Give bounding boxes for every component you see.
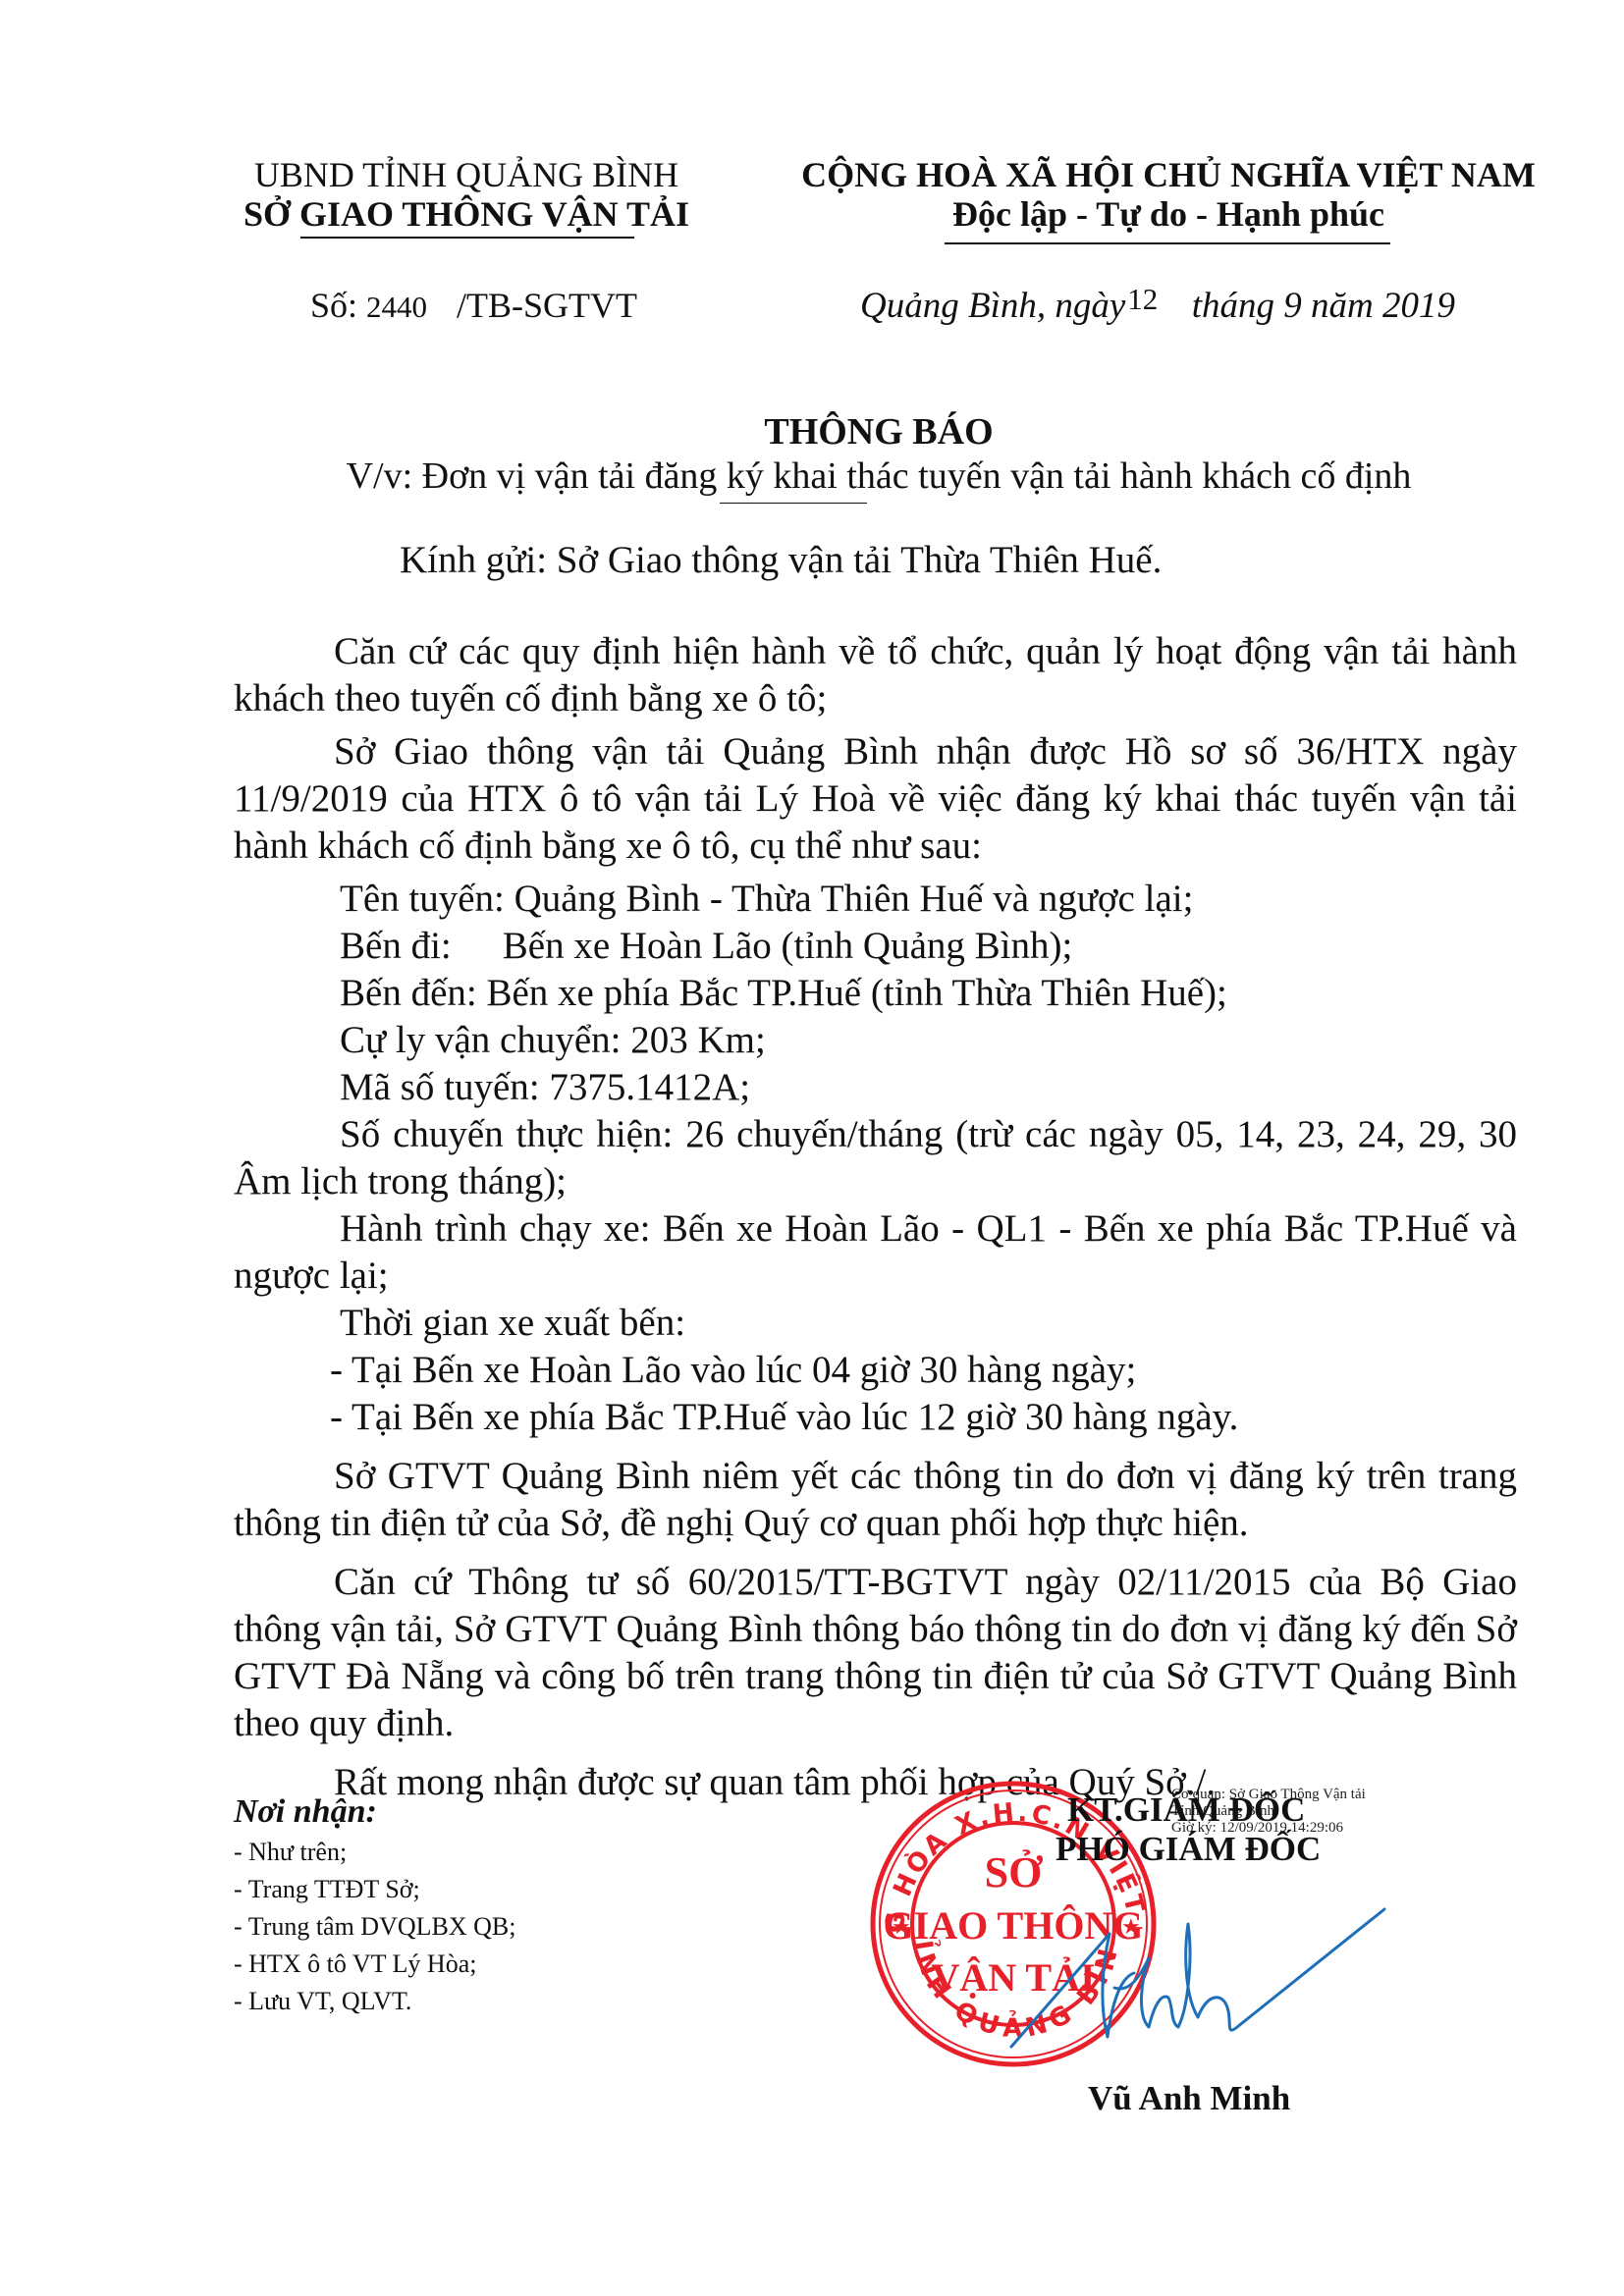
departure-station-value: Bến xe Hoàn Lão (tỉnh Quảng Bình); <box>503 925 1073 967</box>
issuer-parent-org: UBND TỈNH QUẢNG BÌNH <box>226 155 707 194</box>
route-details: Tên tuyến: Quảng Bình - Thừa Thiên Huế v… <box>234 876 1517 1441</box>
recipient-item: - Trung tâm DVQLBX QB; <box>234 1908 515 1946</box>
subject-text: V/v: Đơn vị vận tải đăng ký khai thác tu… <box>347 455 1412 497</box>
handwritten-signature-icon <box>992 1899 1404 2056</box>
signer-name: Vũ Anh Minh <box>1088 2079 1290 2118</box>
recipients-title: Nơi nhận: <box>234 1792 515 1832</box>
subject-underline <box>720 503 867 504</box>
body-paragraph-1: Căn cứ các quy định hiện hành về tổ chức… <box>234 628 1517 722</box>
recipient-item: - Như trên; <box>234 1834 515 1871</box>
date-day: 12 <box>1127 282 1158 316</box>
national-motto-block: CỘNG HOÀ XÃ HỘI CHỦ NGHĨA VIỆT NAM Độc l… <box>751 155 1586 234</box>
document-body: Căn cứ các quy định hiện hành về tổ chức… <box>234 628 1517 1806</box>
issuer-underline <box>300 237 634 239</box>
national-motto: Độc lập - Tự do - Hạnh phúc <box>751 194 1586 234</box>
svg-text:SỞ: SỞ <box>985 1848 1043 1896</box>
departure-time-hoan-lao: - Tại Bến xe Hoàn Lão vào lúc 04 giờ 30 … <box>234 1347 1517 1394</box>
issuer-org: SỞ GIAO THÔNG VẬN TẢI <box>226 194 707 234</box>
document-subject: V/v: Đơn vị vận tải đăng ký khai thác tu… <box>0 454 1624 498</box>
motto-underline <box>945 242 1390 244</box>
addressee: Kính gửi: Sở Giao thông vận tải Thừa Thi… <box>400 538 1162 582</box>
document-number-suffix: /TB-SGTVT <box>457 286 637 325</box>
place-date-prefix: Quảng Bình, ngày <box>860 286 1125 326</box>
date-month-year: tháng 9 năm 2019 <box>1192 286 1455 326</box>
arrival-station: Bến đến: Bến xe phía Bắc TP.Huế (tỉnh Th… <box>234 970 1517 1017</box>
itinerary: Hành trình chạy xe: Bến xe Hoàn Lão - QL… <box>234 1205 1517 1300</box>
national-title: CỘNG HOÀ XÃ HỘI CHỦ NGHĨA VIỆT NAM <box>751 155 1586 194</box>
document-number-prefix: Số: <box>310 286 357 325</box>
route-distance: Cự ly vận chuyển: 203 Km; <box>234 1017 1517 1064</box>
issuer-block: UBND TỈNH QUẢNG BÌNH SỞ GIAO THÔNG VẬN T… <box>226 155 707 234</box>
document-title: THÔNG BÁO <box>0 410 1624 454</box>
departure-time-hue: - Tại Bến xe phía Bắc TP.Huế vào lúc 12 … <box>234 1394 1517 1441</box>
departure-times-label: Thời gian xe xuất bến: <box>234 1300 1517 1347</box>
recipient-item: - Trang TTĐT Sở; <box>234 1871 515 1908</box>
signer-on-behalf: KT.GIÁM ĐỐC <box>1067 1790 1305 1830</box>
body-paragraph-3: Sở GTVT Quảng Bình niêm yết các thông ti… <box>234 1453 1517 1547</box>
recipients-block: Nơi nhận: - Như trên; - Trang TTĐT Sở; -… <box>234 1792 515 2020</box>
route-code: Mã số tuyến: 7375.1412A; <box>234 1064 1517 1111</box>
document-number-value: 2440 <box>366 290 427 324</box>
departure-station-label: Bến đi: <box>340 925 452 967</box>
arrival-station-label: Bến đến: <box>340 972 477 1014</box>
body-paragraph-2: Sở Giao thông vận tải Quảng Bình nhận đư… <box>234 728 1517 870</box>
departure-station: Bến đi:Bến xe Hoàn Lão (tỉnh Quảng Bình)… <box>234 923 1517 970</box>
recipient-item: - HTX ô tô VT Lý Hòa; <box>234 1946 515 1983</box>
body-paragraph-4: Căn cứ Thông tư số 60/2015/TT-BGTVT ngày… <box>234 1559 1517 1747</box>
recipient-item: - Lưu VT, QLVT. <box>234 1983 515 2020</box>
trip-count: Số chuyến thực hiện: 26 chuyến/tháng (tr… <box>234 1111 1517 1205</box>
route-name: Tên tuyến: Quảng Bình - Thừa Thiên Huế v… <box>234 876 1517 923</box>
arrival-station-value: Bến xe phía Bắc TP.Huế (tỉnh Thừa Thiên … <box>486 972 1226 1014</box>
document-number: Số: 2440 /TB-SGTVT <box>310 285 637 326</box>
place-date: Quảng Bình, ngày12 tháng 9 năm 2019 <box>860 285 1455 327</box>
signer-position: PHÓ GIÁM ĐỐC <box>1056 1830 1321 1869</box>
